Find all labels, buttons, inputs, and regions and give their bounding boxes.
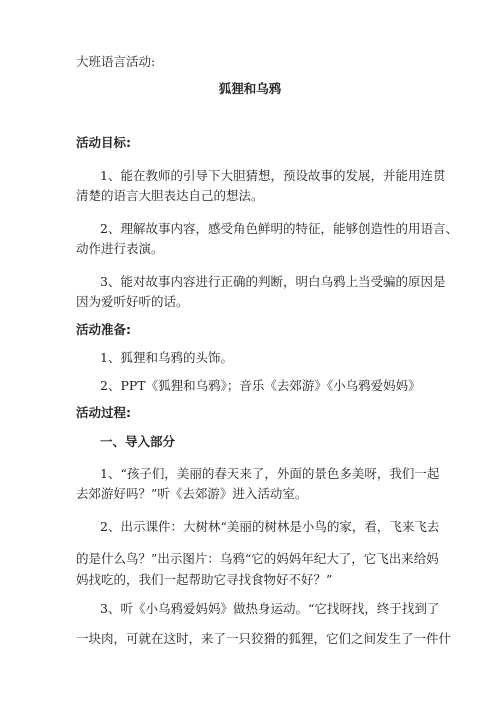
process-3-line2: 一块肉，可就在这时，来了一只狡猾的狐狸，它们之间发生了一件什 bbox=[76, 631, 451, 647]
subheading-intro: 一、导入部分 bbox=[100, 434, 175, 450]
goal-3-line1: 3、能对故事内容进行正确的判断，明白乌鸦上当受骗的原因是 bbox=[100, 274, 445, 290]
process-1-line1: 1、“孩子们，美丽的春天来了，外面的景色多美呀，我们一起 bbox=[100, 466, 439, 482]
header-label: 大班语言活动: bbox=[76, 54, 155, 70]
section-heading-process: 活动过程: bbox=[76, 405, 131, 421]
goal-2-line2: 动作进行表演。 bbox=[76, 241, 164, 257]
section-heading-goals: 活动目标: bbox=[76, 135, 131, 151]
goal-3-line2: 因为爱听好听的话。 bbox=[76, 294, 189, 310]
process-1-line2: 去郊游好吗？”听《去郊游》进入活动室。 bbox=[76, 486, 307, 502]
prep-2: 2、PPT《狐狸和乌鸦》；音乐《去郊游》《小乌鸦爱妈妈》 bbox=[100, 378, 421, 394]
page-title: 狐狸和乌鸦 bbox=[0, 81, 500, 97]
process-2-line1: 2、出示课件：大树林“美丽的树林是小鸟的家，看，飞来飞去 bbox=[100, 519, 439, 535]
goal-1-line2: 清楚的语言大胆表达自己的想法。 bbox=[76, 188, 264, 204]
process-3-line1: 3、听《小乌鸦爱妈妈》做热身运动。“它找呀找，终于找到了 bbox=[100, 601, 439, 617]
prep-1: 1、狐狸和乌鸦的头饰。 bbox=[100, 350, 233, 366]
goal-2-line1: 2、理解故事内容，感受角色鲜明的特征，能够创造性的用语言、 bbox=[100, 221, 458, 237]
section-heading-preparation: 活动准备: bbox=[76, 322, 131, 338]
process-2-line2: 的是什么鸟？”出示图片：乌鸦“它的妈妈年纪大了，它飞出来给妈 bbox=[76, 551, 439, 567]
goal-1-line1: 1、能在教师的引导下大胆猜想，预设故事的发展，并能用连贯 bbox=[100, 168, 445, 184]
process-2-line3: 妈找吃的，我们一起帮助它寻找食物好不好？” bbox=[76, 572, 332, 588]
